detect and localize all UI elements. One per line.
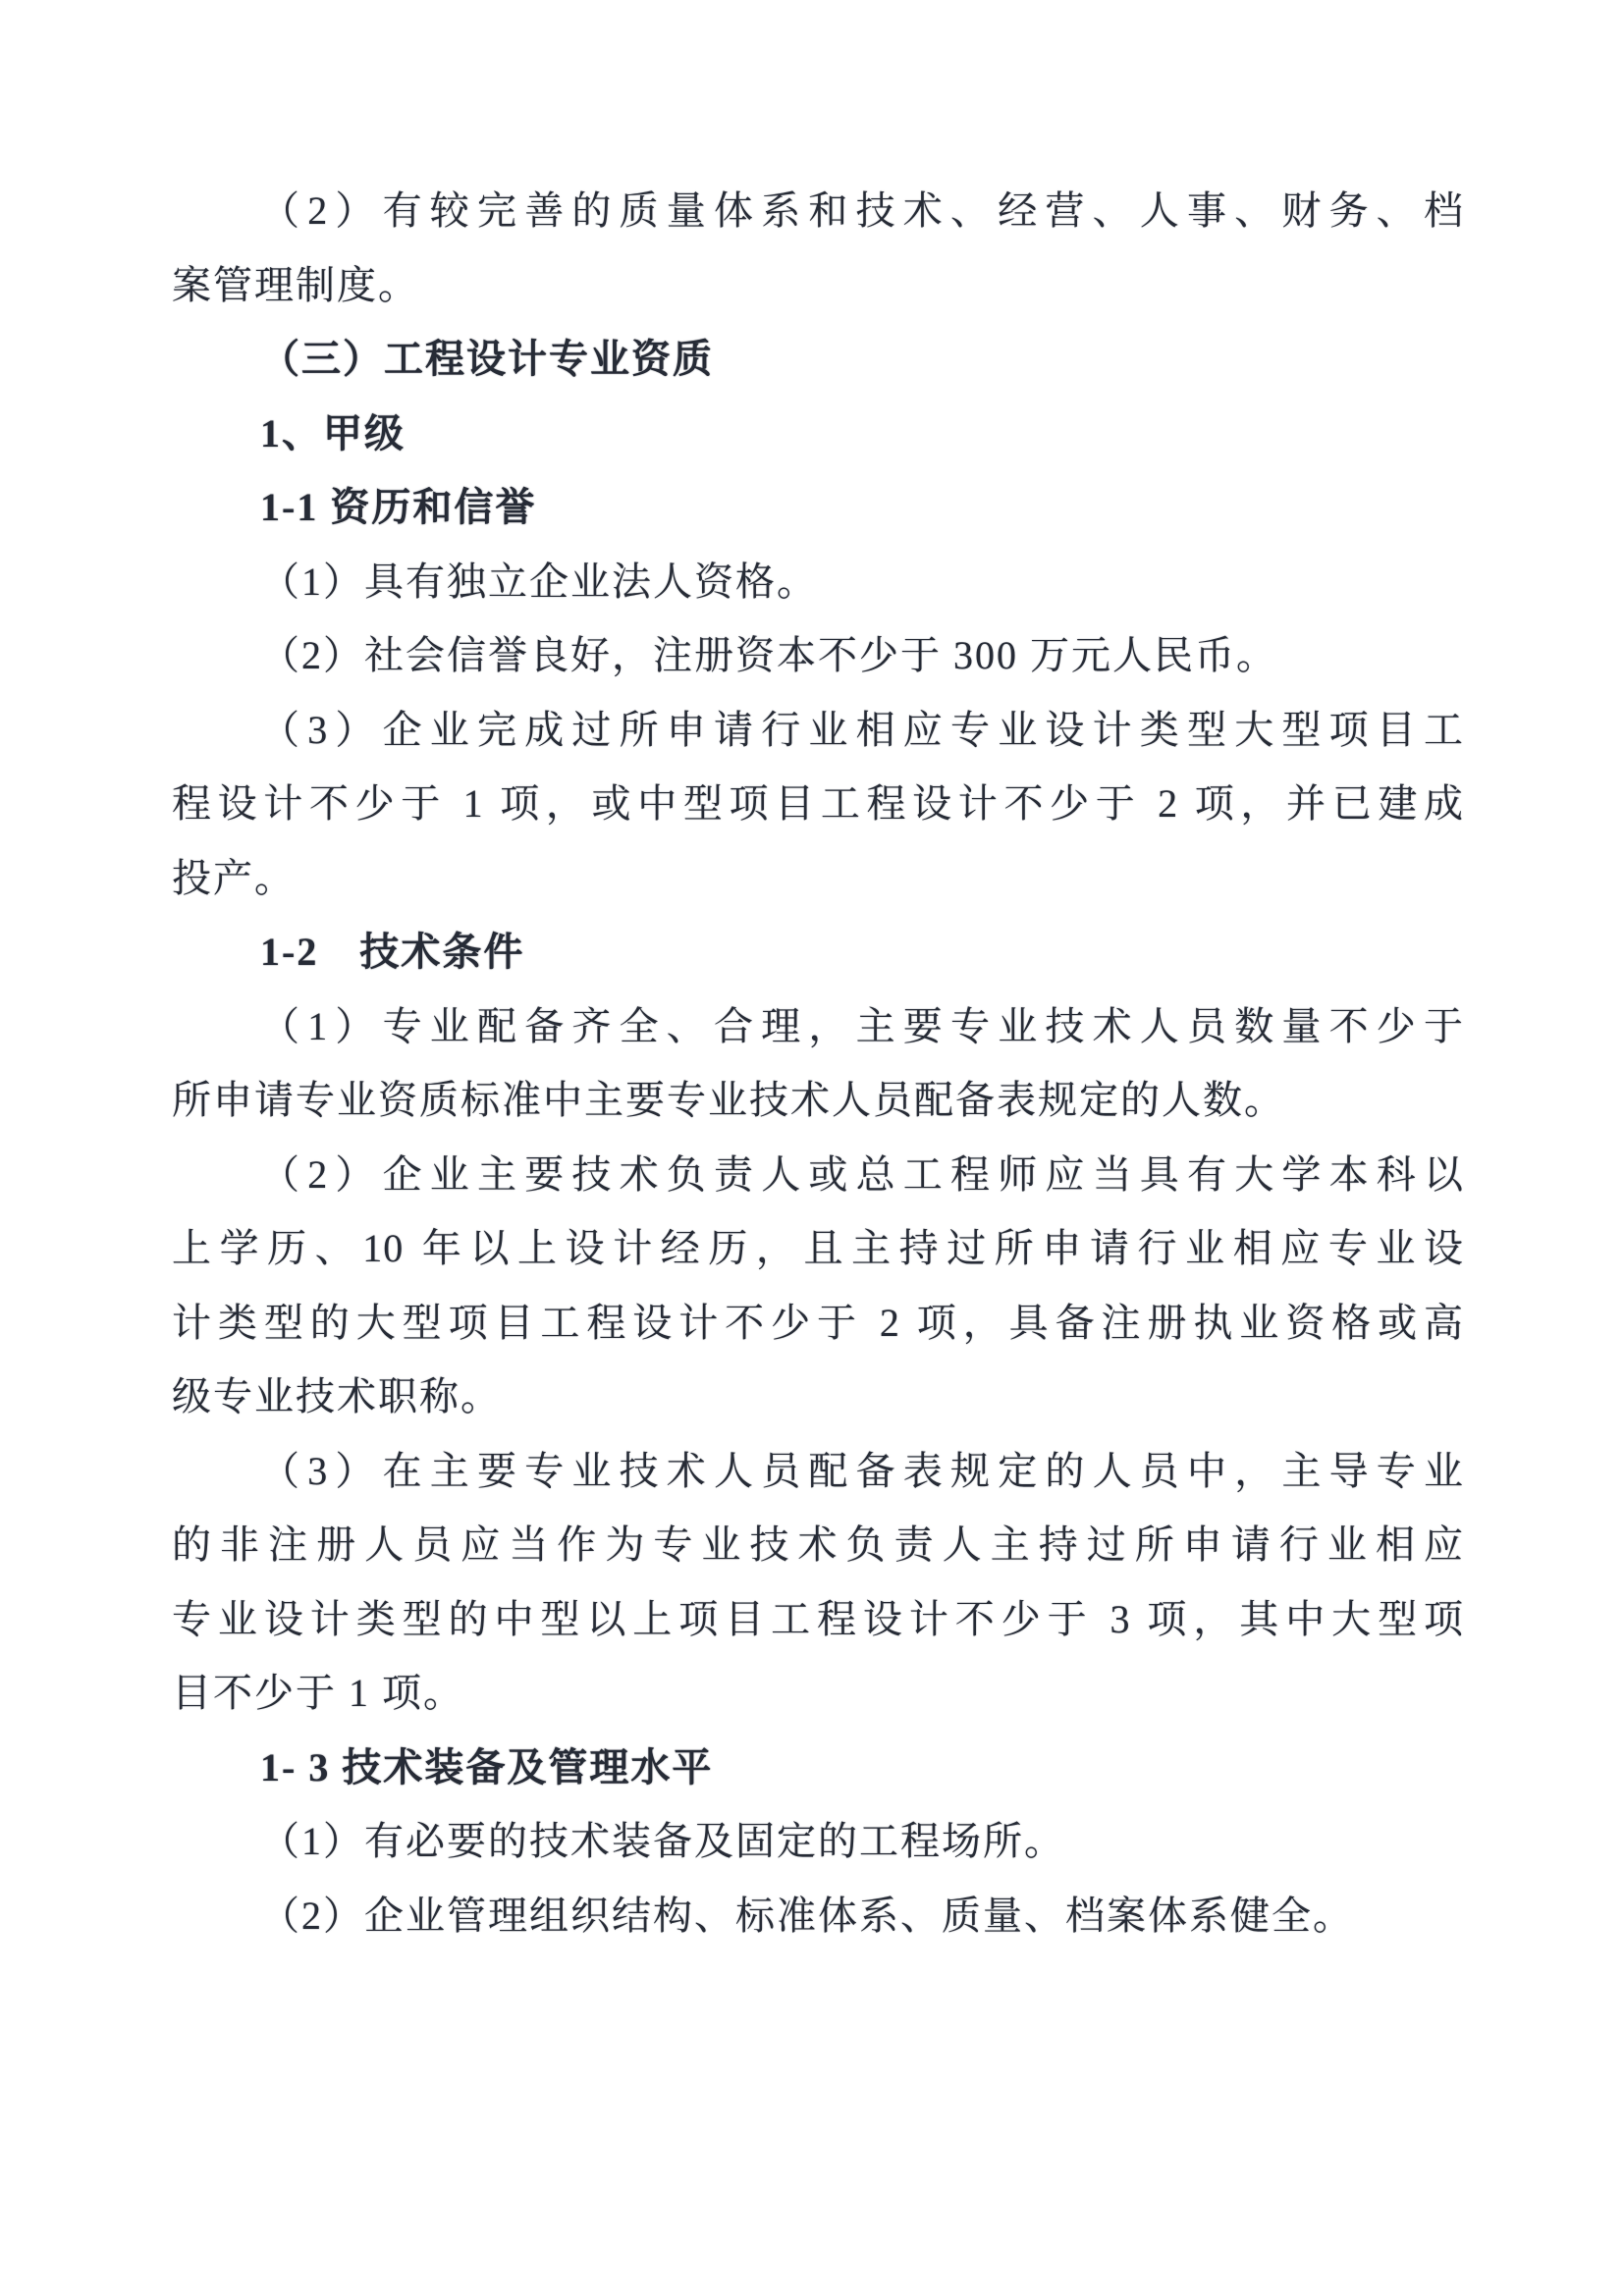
text-line: 1、甲级 (172, 397, 1464, 471)
text-line: （2）社会信誉良好，注册资本不少于 300 万元人民币。 (172, 618, 1464, 693)
text-line: （1）专业配备齐全、合理，主要专业技术人员数量不少于 (172, 989, 1464, 1064)
text-line: 投产。 (172, 841, 1464, 916)
text-line: 所申请专业资质标准中主要专业技术人员配备表规定的人数。 (172, 1063, 1464, 1138)
text-line: 1-1 资历和信誉 (172, 470, 1464, 545)
text-line: 1- 3 技术装备及管理水平 (172, 1731, 1464, 1805)
text-line: 级专业技术职称。 (172, 1360, 1464, 1434)
text-line: 程设计不少于 1 项，或中型项目工程设计不少于 2 项，并已建成 (172, 767, 1464, 841)
text-line: （3）企业完成过所申请行业相应专业设计类型大型项目工 (172, 693, 1464, 768)
document-page: （2）有较完善的质量体系和技术、经营、人事、财务、档案管理制度。（三）工程设计专… (0, 0, 1624, 2296)
text-line: （1）有必要的技术装备及固定的工程场所。 (172, 1804, 1464, 1879)
text-line: （3）在主要专业技术人员配备表规定的人员中，主导专业 (172, 1434, 1464, 1509)
text-line: 案管理制度。 (172, 248, 1464, 323)
text-line: （2）企业主要技术负责人或总工程师应当具有大学本科以 (172, 1138, 1464, 1212)
text-line: （三）工程设计专业资质 (172, 322, 1464, 397)
text-line: （2）企业管理组织结构、标准体系、质量、档案体系健全。 (172, 1879, 1464, 1953)
text-line: 计类型的大型项目工程设计不少于 2 项，具备注册执业资格或高 (172, 1286, 1464, 1361)
text-line: 专业设计类型的中型以上项目工程设计不少于 3 项，其中大型项 (172, 1582, 1464, 1657)
text-line: 的非注册人员应当作为专业技术负责人主持过所申请行业相应 (172, 1508, 1464, 1582)
text-line: （1）具有独立企业法人资格。 (172, 545, 1464, 619)
text-line: （2）有较完善的质量体系和技术、经营、人事、财务、档 (172, 174, 1464, 248)
text-line: 1-2 技术条件 (172, 915, 1464, 989)
document-text-block: （2）有较完善的质量体系和技术、经营、人事、财务、档案管理制度。（三）工程设计专… (172, 174, 1464, 1952)
text-line: 目不少于 1 项。 (172, 1656, 1464, 1731)
text-line: 上学历、10 年以上设计经历，且主持过所申请行业相应专业设 (172, 1211, 1464, 1286)
